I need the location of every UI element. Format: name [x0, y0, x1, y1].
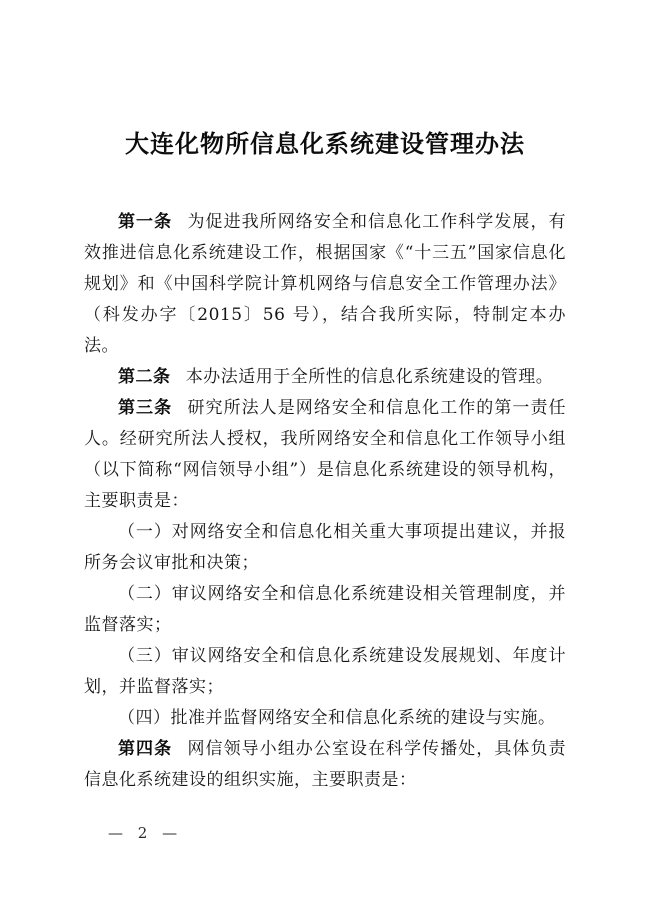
paragraph: 第一条为促进我所网络安全和信息化工作科学发展，有效推进信息化系统建设工作，根据国… [84, 207, 566, 362]
document-title: 大连化物所信息化系统建设管理办法 [0, 124, 650, 159]
paragraph: （三）审议网络安全和信息化系统建设发展规划、年度计划，并监督落实； [84, 641, 566, 703]
paragraph: （二）审议网络安全和信息化系统建设相关管理制度，并监督落实； [84, 579, 566, 641]
clause-label: 第一条 [118, 212, 172, 232]
clause-label: 第三条 [118, 398, 172, 418]
document-page: 大连化物所信息化系统建设管理办法 第一条为促进我所网络安全和信息化工作科学发展，… [0, 0, 650, 919]
page-number: — 2 — [108, 824, 182, 842]
paragraph: （一）对网络安全和信息化相关重大事项提出建议，并报所务会议审批和决策； [84, 517, 566, 579]
clause-label: 第四条 [118, 739, 172, 759]
paragraph: 第三条研究所法人是网络安全和信息化工作的第一责任人。经研究所法人授权，我所网络安… [84, 393, 566, 517]
document-body: 第一条为促进我所网络安全和信息化工作科学发展，有效推进信息化系统建设工作，根据国… [84, 207, 566, 796]
paragraph: 第四条网信领导小组办公室设在科学传播处，具体负责信息化系统建设的组织实施，主要职… [84, 734, 566, 796]
paragraph: （四）批准并监督网络安全和信息化系统的建设与实施。 [84, 703, 566, 734]
paragraph: 第二条本办法适用于全所性的信息化系统建设的管理。 [84, 362, 566, 393]
clause-label: 第二条 [118, 367, 171, 387]
